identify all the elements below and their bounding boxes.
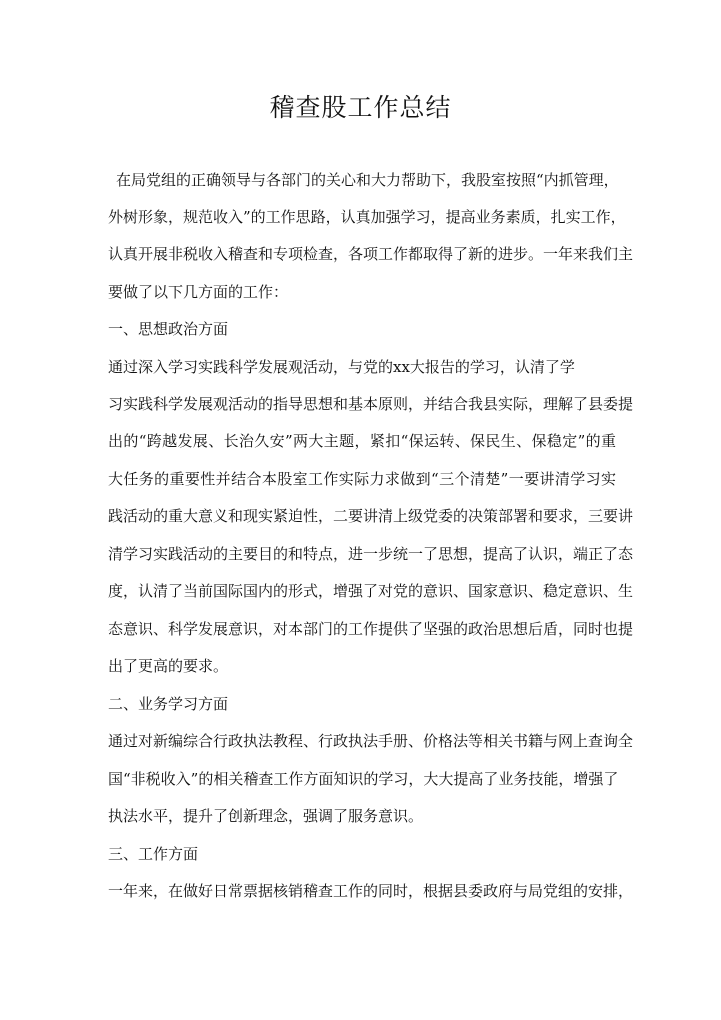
document-title: 稽查股工作总结 [0, 88, 721, 124]
paragraph-line: 一年来，在做好日常票据核销稽查工作的同时，根据县委政府与局党组的安排， [108, 881, 616, 901]
paragraph-line: 执法水平，提升了创新理念，强调了服务意识。 [108, 806, 616, 826]
paragraph-line: 出了更高的要求。 [108, 656, 616, 676]
paragraph-line: 出的“跨越发展、长治久安”两大主题，紧扣“保运转、保民生、保稳定”的重 [108, 431, 616, 451]
paragraph-line: 在局党组的正确领导与各部门的关心和大力帮助下，我股室按照“内抓管理， [116, 170, 616, 190]
section-heading: 一、思想政治方面 [108, 319, 616, 339]
section-heading: 二、业务学习方面 [108, 694, 616, 714]
paragraph-line: 要做了以下几方面的工作： [108, 282, 616, 302]
paragraph-line: 认真开展非税收入稽查和专项检查，各项工作都取得了新的进步。一年来我们主 [108, 244, 616, 264]
paragraph-line: 通过深入学习实践科学发展观活动，与党的xx大报告的学习，认清了学 [108, 357, 616, 377]
paragraph-line: 清学习实践活动的主要目的和特点，进一步统一了思想，提高了认识，端正了态 [108, 544, 616, 564]
paragraph-line: 外树形象，规范收入”的工作思路，认真加强学习，提高业务素质，扎实工作， [108, 207, 616, 227]
paragraph-line: 国“非税收入”的相关稽查工作方面知识的学习，大大提高了业务技能，增强了 [108, 769, 616, 789]
paragraph-line: 践活动的重大意义和现实紧迫性，二要讲清上级党委的决策部署和要求，三要讲 [108, 506, 616, 526]
section-heading: 三、工作方面 [108, 844, 616, 864]
paragraph-line: 通过对新编综合行政执法教程、行政执法手册、价格法等相关书籍与网上查询全 [108, 731, 616, 751]
paragraph-line: 习实践科学发展观活动的指导思想和基本原则，并结合我县实际，理解了县委提 [108, 394, 616, 414]
document-page: 稽查股工作总结 在局党组的正确领导与各部门的关心和大力帮助下，我股室按照“内抓管… [0, 0, 721, 1020]
paragraph-line: 度，认清了当前国际国内的形式，增强了对党的意识、国家意识、稳定意识、生 [108, 581, 616, 601]
paragraph-line: 大任务的重要性并结合本股室工作实际力求做到“三个清楚”一要讲清学习实 [108, 469, 616, 489]
paragraph-line: 态意识、科学发展意识，对本部门的工作提供了坚强的政治思想后盾，同时也提 [108, 619, 616, 639]
